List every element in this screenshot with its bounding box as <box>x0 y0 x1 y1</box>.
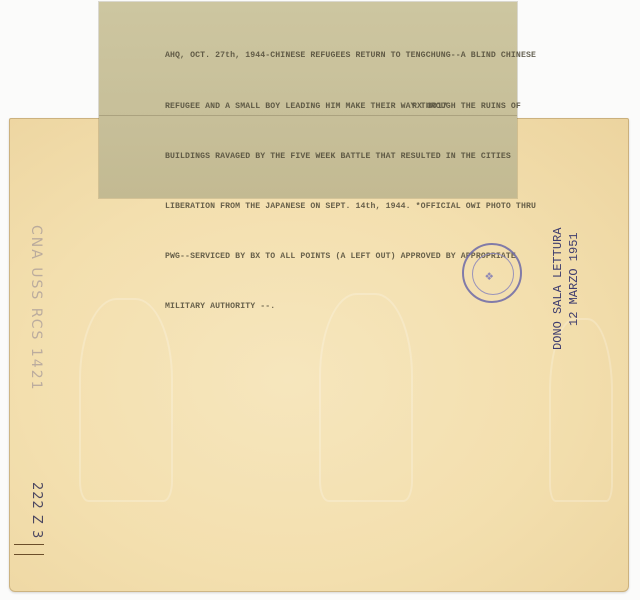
library-round-stamp: ❖ <box>462 243 522 303</box>
caption-slip: AHQ, OCT. 27th, 1944-CHINESE REFUGEES RE… <box>99 2 517 198</box>
pencil-archive-number: CNA USS RCS 1421 <box>28 225 44 392</box>
pencil-catalog-mark: 222 Z 3 <box>29 482 44 539</box>
show-through-arch <box>79 298 173 502</box>
stamp-emblem-icon: ❖ <box>485 268 493 285</box>
donation-stamp: DONO SALA LETTURA 12 MARZO 1951 <box>550 228 582 350</box>
caption-line: PWG--SERVICED BY BX TO ALL POINTS (A LEF… <box>165 249 495 266</box>
donation-stamp-date: 12 MARZO 1951 <box>566 228 582 350</box>
caption-line: MILITARY AUTHORITY --. <box>165 299 495 316</box>
caption-line: AHQ, OCT. 27th, 1944-CHINESE REFUGEES RE… <box>165 48 495 65</box>
pencil-mark <box>14 554 44 555</box>
donation-stamp-line1: DONO SALA LETTURA <box>550 228 566 350</box>
caption-line: BUILDINGS RAVAGED BY THE FIVE WEEK BATTL… <box>165 149 495 166</box>
caption-line: LIBERATION FROM THE JAPANESE ON SEPT. 14… <box>165 199 495 216</box>
pencil-mark <box>14 544 44 545</box>
caption-text: AHQ, OCT. 27th, 1944-CHINESE REFUGEES RE… <box>165 15 495 366</box>
reference-code: RX 3017 <box>412 99 447 116</box>
